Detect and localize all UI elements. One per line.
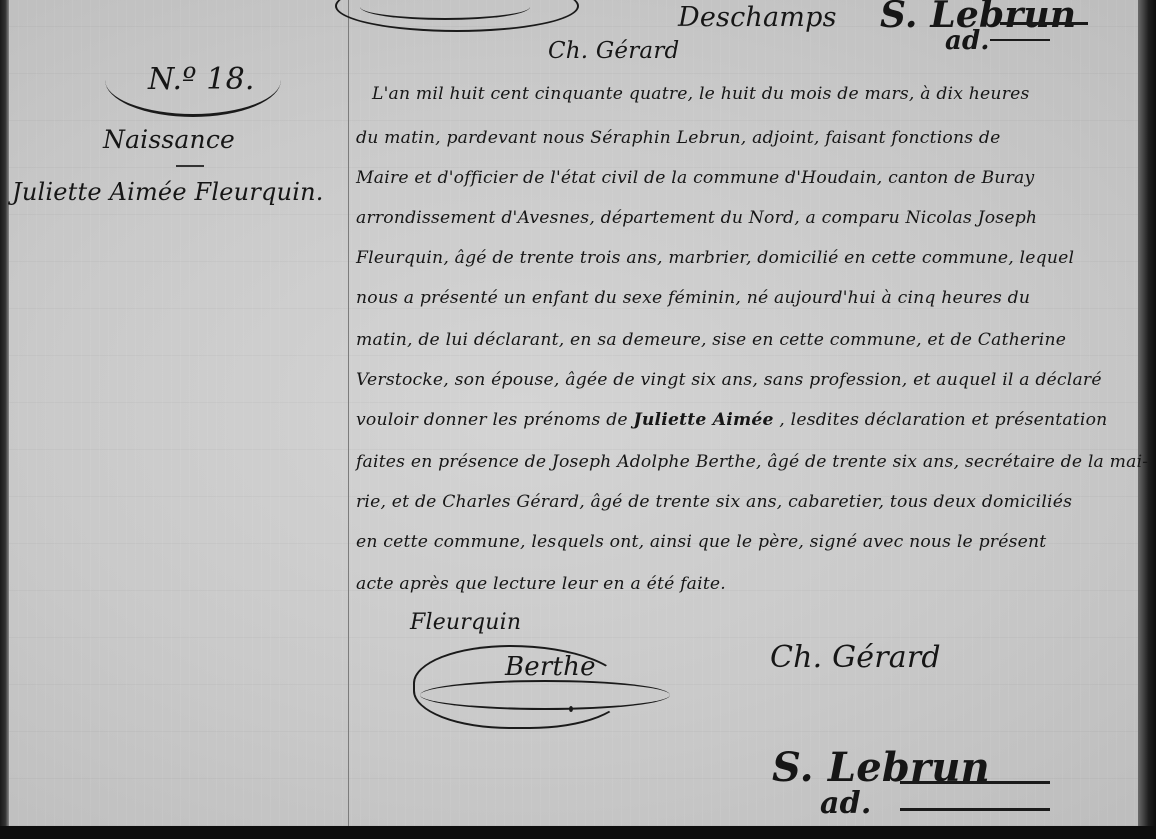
- body-line-text: vouloir donner les prénoms de: [356, 410, 628, 430]
- body-line: vouloir donner les prénoms de Juliette A…: [356, 410, 1107, 430]
- signature-underline: [1000, 22, 1088, 25]
- body-line: rie, et de Charles Gérard, âgé de trente…: [356, 492, 1072, 512]
- body-line: nous a présenté un enfant du sexe fémini…: [356, 288, 1030, 308]
- body-line: Maire et d'officier de l'état civil de l…: [356, 168, 1034, 188]
- signature-berthe-flourish-inner: [420, 680, 670, 710]
- body-line: L'an mil huit cent cinquante quatre, le …: [372, 84, 1030, 104]
- body-line-text: , lesdites déclaration et présentation: [779, 410, 1107, 430]
- body-line: du matin, pardevant nous Séraphin Lebrun…: [356, 128, 1001, 148]
- body-line: matin, de lui déclarant, en sa demeure, …: [356, 330, 1066, 350]
- register-page: N.º 18. Naissance Juliette Aimée Fleurqu…: [0, 0, 1156, 826]
- page-binding-edge: [0, 0, 9, 826]
- ink-dot: [569, 706, 573, 712]
- margin-separator: [176, 165, 204, 167]
- body-line: en cette commune, lesquels ont, ainsi qu…: [356, 532, 1046, 552]
- body-line: acte après que lecture leur en a été fai…: [356, 574, 726, 594]
- margin-rule: [348, 0, 349, 826]
- signature-underline: [900, 781, 1050, 784]
- margin-child-name: Juliette Aimée Fleurquin.: [12, 178, 324, 206]
- signature-lebrun-suffix: ad.: [820, 786, 871, 821]
- record-type: Naissance: [103, 125, 235, 154]
- body-line: Fleurquin, âgé de trente trois ans, marb…: [356, 248, 1074, 268]
- signature-fleurquin: Fleurquin: [410, 610, 521, 635]
- signature-gerard: Ch. Gérard: [770, 640, 941, 675]
- signature-underline: [900, 808, 1050, 811]
- body-line: arrondissement d'Avesnes, département du…: [356, 208, 1037, 228]
- child-given-names: Juliette Aimée: [633, 410, 773, 430]
- body-line: faites en présence de Joseph Adolphe Ber…: [356, 452, 1148, 472]
- page-right-edge: [1138, 0, 1156, 826]
- signature-lebrun-top-suffix: ad.: [945, 26, 990, 56]
- body-line: Verstocke, son épouse, âgée de vingt six…: [356, 370, 1102, 390]
- signature-underline: [990, 39, 1050, 41]
- scan-bottom-border: [0, 826, 1156, 839]
- signature-berthe: Berthe: [505, 652, 596, 682]
- signature-gerard-top: Ch. Gérard: [548, 38, 679, 64]
- signature-deschamps: Deschamps: [678, 2, 837, 33]
- record-number-flourish: [105, 80, 281, 117]
